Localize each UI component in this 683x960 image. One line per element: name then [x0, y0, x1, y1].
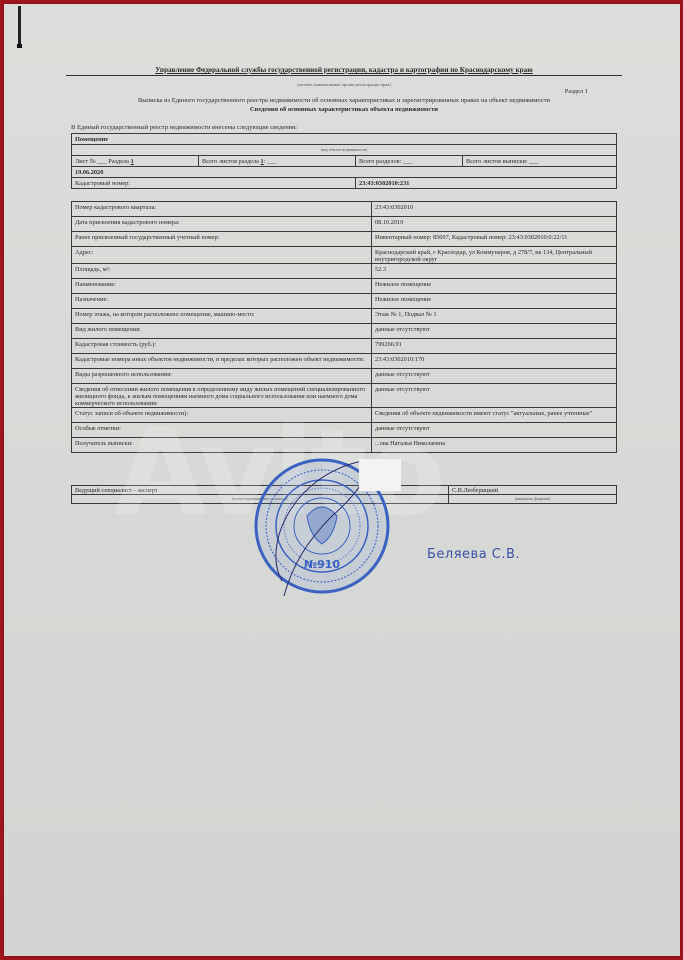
total-extract-sheets-cell: Всего листов выписки: ___	[463, 156, 617, 167]
detail-value: 52.3	[372, 264, 617, 279]
detail-row: Номер этажа, на котором расположено поме…	[72, 309, 617, 324]
detail-value: Инвентарный номер: 85697, Кадастровый но…	[372, 232, 617, 247]
binder-clip	[18, 6, 21, 46]
detail-row: Кадастровые номера иных объектов недвижи…	[72, 354, 617, 369]
cadastral-number-label: Кадастровый номер:	[72, 178, 356, 189]
detail-row: Кадастровая стоимость (руб.):799266.91	[72, 339, 617, 354]
detail-label: Кадастровые номера иных объектов недвижи…	[72, 354, 372, 369]
detail-value: 23:43:0302010	[372, 202, 617, 217]
intro-text: В Единый государственный реестр недвижим…	[71, 124, 297, 131]
signer-name-caption: (инициалы, фамилия)	[449, 495, 617, 504]
detail-value: данные отсутствуют	[372, 324, 617, 339]
detail-label: Виды разрешенного использования:	[72, 369, 372, 384]
section-label: Раздел 1	[565, 88, 588, 95]
detail-row: Назначение:Нежилое помещение	[72, 294, 617, 309]
detail-row: Дата присвоения кадастрового номера:08.1…	[72, 217, 617, 232]
object-type-caption: (вид объекта недвижимости)	[72, 145, 617, 156]
detail-label: Кадастровая стоимость (руб.):	[72, 339, 372, 354]
detail-label: Назначение:	[72, 294, 372, 309]
detail-row: Площадь, м²:52.3	[72, 264, 617, 279]
total-sections-cell: Всего разделов: ___	[356, 156, 463, 167]
detail-row: Наименование:Нежилое помещение	[72, 279, 617, 294]
detail-value: Нежилое помещение	[372, 294, 617, 309]
detail-row: Виды разрешенного использования:данные о…	[72, 369, 617, 384]
extract-date: 19.06.2020	[72, 167, 617, 178]
detail-value: 23:43:0302010:170	[372, 354, 617, 369]
organization-caption: (полное наименование органа регистрации …	[66, 82, 622, 87]
detail-value: Нежилое помещение	[372, 279, 617, 294]
svg-text:№910: №910	[304, 558, 341, 571]
redacted-area	[359, 459, 401, 491]
detail-row: Номер кадастрового квартала:23:43:030201…	[72, 202, 617, 217]
detail-label: Вид жилого помещения:	[72, 324, 372, 339]
cadastral-number-value: 23:43:0302010:231	[356, 178, 617, 189]
document-title: Выписка из Единого государственного реес…	[66, 97, 622, 104]
sheet-number-cell: Лист № ___ Раздела 1	[72, 156, 199, 167]
detail-label: Наименование:	[72, 279, 372, 294]
detail-value: данные отсутствуют	[372, 369, 617, 384]
document-page: Управление Федеральной службы государств…	[4, 4, 680, 956]
summary-table: Помещение (вид объекта недвижимости) Лис…	[71, 133, 617, 189]
total-sheets-section-cell: Всего листов раздела 1: ___	[199, 156, 356, 167]
detail-label: Номер кадастрового квартала:	[72, 202, 372, 217]
organization-name: Управление Федеральной службы государств…	[66, 66, 622, 76]
detail-label: Адрес:	[72, 247, 372, 264]
detail-value: 799266.91	[372, 339, 617, 354]
detail-label: Ранее присвоенный государственный учетны…	[72, 232, 372, 247]
detail-label: Дата присвоения кадастрового номера:	[72, 217, 372, 232]
object-type: Помещение	[72, 134, 617, 145]
handwritten-name: Беляева С.В.	[427, 547, 520, 562]
detail-row: Ранее присвоенный государственный учетны…	[72, 232, 617, 247]
detail-row: Вид жилого помещения:данные отсутствуют	[72, 324, 617, 339]
detail-label: Номер этажа, на котором расположено поме…	[72, 309, 372, 324]
detail-value: 08.10.2010	[372, 217, 617, 232]
signer-name: С.В.Люберицкий	[449, 486, 617, 495]
detail-value: Этаж № 1, Подвал № 1	[372, 309, 617, 324]
document-subtitle: Сведения об основных характеристиках объ…	[66, 106, 622, 113]
detail-value: Краснодарский край, г Краснодар, ул Комм…	[372, 247, 617, 264]
detail-label: Площадь, м²:	[72, 264, 372, 279]
detail-row: Адрес:Краснодарский край, г Краснодар, у…	[72, 247, 617, 264]
